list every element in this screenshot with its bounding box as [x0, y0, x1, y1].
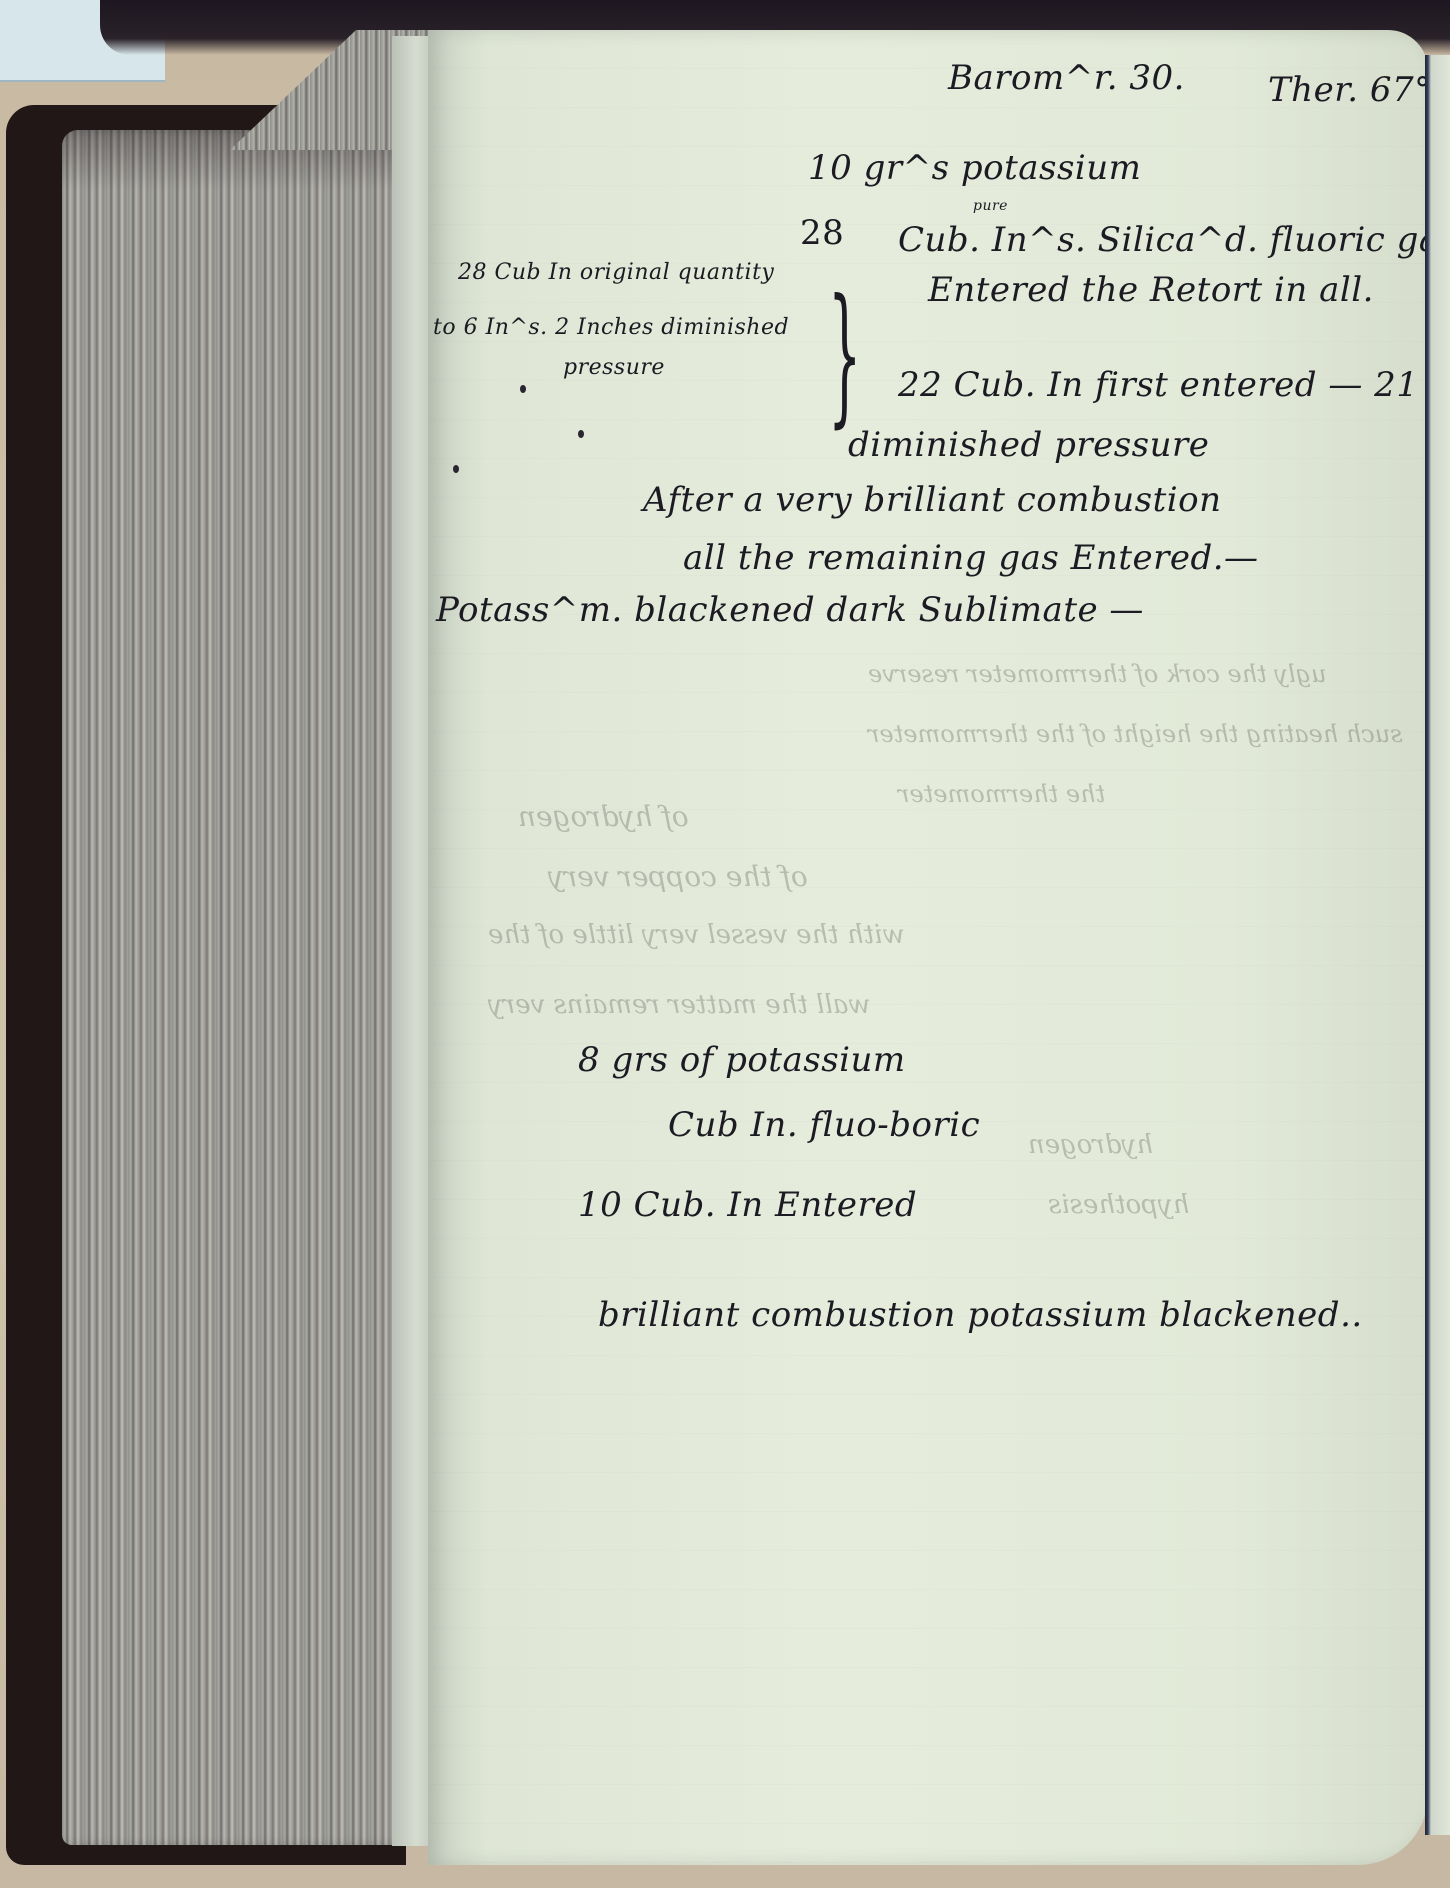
exp2-line-2: Cub In. fluo-boric [668, 1105, 980, 1145]
margin-note-3: pressure [563, 355, 665, 380]
bleed-line: such heating the height of the thermomet… [868, 720, 1403, 748]
photo-scene: ugly the cork of thermometer reserve suc… [0, 0, 1450, 1888]
brace-mark: } [828, 280, 861, 430]
exp1-line-7: all the remaining gas Entered.— [683, 538, 1259, 578]
exp1-line-5: diminished pressure [848, 425, 1209, 465]
exp1-number: 28 [800, 213, 844, 253]
bleed-line: with the vessel very little of the [488, 920, 905, 950]
page-edges-stack [62, 130, 432, 1845]
ink-spot [578, 430, 584, 438]
bleed-line: hypothesis [1048, 1190, 1189, 1220]
margin-note-1: 28 Cub In original quantity [458, 260, 774, 285]
barometer-reading: Barom^r. 30. [948, 58, 1185, 98]
bleed-line: of the copper very [548, 860, 808, 893]
bleed-line: hydrogen [1028, 1130, 1153, 1160]
exp2-line-3: 10 Cub. In Entered [578, 1185, 917, 1225]
bleed-line: of hydrogen [518, 800, 689, 833]
exp1-line-3: Entered the Retort in all. [928, 270, 1374, 310]
exp1-line-2: Cub. In^s. Silica^d. fluoric gas [898, 220, 1450, 260]
page-spine-edge [392, 36, 432, 1846]
exp1-line-4: 22 Cub. In first entered — 21 [898, 365, 1418, 405]
exp2-line-1: 8 grs of potassium [578, 1040, 906, 1080]
ink-spot [453, 465, 459, 473]
thermometer-reading: Ther. 67° [1268, 70, 1432, 110]
bleed-line: the thermometer [898, 780, 1105, 808]
exp1-superscript: pure [973, 198, 1008, 214]
ink-spot [520, 385, 526, 393]
exp2-line-4: brilliant combustion potassium blackened… [598, 1295, 1363, 1335]
exp1-line-8: Potass^m. blackened dark Sublimate — [436, 590, 1144, 630]
notebook-page: ugly the cork of thermometer reserve suc… [428, 30, 1428, 1865]
margin-note-2: to 6 In^s. 2 Inches diminished [433, 315, 789, 340]
bleed-line: wall the matter remains very [488, 990, 870, 1020]
adjacent-page-edge [1425, 55, 1450, 1835]
bleed-line: ugly the cork of thermometer reserve [868, 660, 1326, 688]
exp1-line-1: 10 gr^s potassium [808, 148, 1141, 188]
exp1-line-6: After a very brilliant combustion [643, 480, 1221, 520]
